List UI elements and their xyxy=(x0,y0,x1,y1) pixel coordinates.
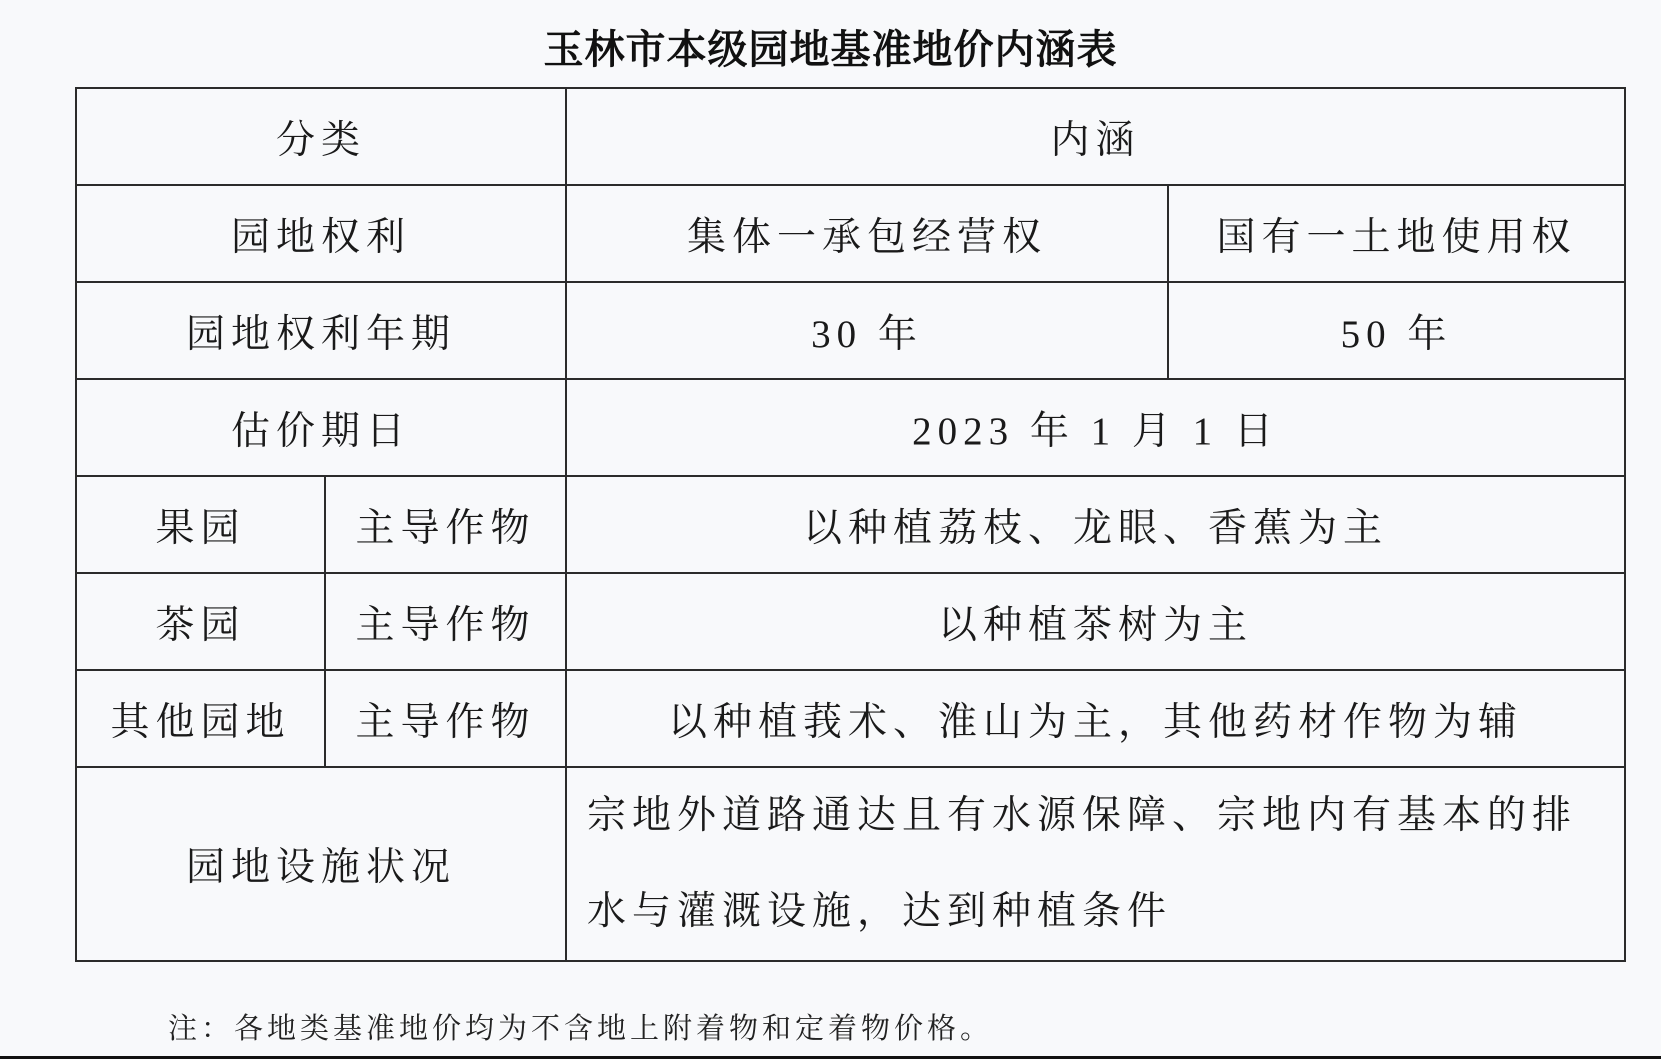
rights-row: 园地权利 集体一承包经营权 国有一土地使用权 xyxy=(76,185,1625,282)
rights-collective: 集体一承包经营权 xyxy=(566,185,1168,282)
facilities-label: 园地设施状况 xyxy=(76,767,566,961)
term-state: 50 年 xyxy=(1168,282,1625,379)
crop-sub-label: 主导作物 xyxy=(325,670,566,767)
crop-sub-label: 主导作物 xyxy=(325,573,566,670)
crop-type: 茶园 xyxy=(76,573,325,670)
footnote: 注：各地类基准地价均为不含地上附着物和定着物价格。 xyxy=(168,1008,993,1048)
table-row: 其他园地 主导作物 以种植莪术、淮山为主，其他药材作物为辅 xyxy=(76,670,1625,767)
header-content: 内涵 xyxy=(566,88,1625,185)
crop-type: 其他园地 xyxy=(76,670,325,767)
valuation-date-value: 2023 年 1 月 1 日 xyxy=(566,379,1625,476)
crop-sub-label: 主导作物 xyxy=(325,476,566,573)
crop-value: 以种植莪术、淮山为主，其他药材作物为辅 xyxy=(566,670,1625,767)
table-row: 茶园 主导作物 以种植茶树为主 xyxy=(76,573,1625,670)
valuation-date-row: 估价期日 2023 年 1 月 1 日 xyxy=(76,379,1625,476)
header-category: 分类 xyxy=(76,88,566,185)
valuation-date-label: 估价期日 xyxy=(76,379,566,476)
header-row: 分类 内涵 xyxy=(76,88,1625,185)
term-label: 园地权利年期 xyxy=(76,282,566,379)
rights-label: 园地权利 xyxy=(76,185,566,282)
facilities-row: 园地设施状况 宗地外道路通达且有水源保障、宗地内有基本的排水与灌溉设施，达到种植… xyxy=(76,767,1625,961)
document-title: 玉林市本级园地基准地价内涵表 xyxy=(0,22,1661,78)
crop-value: 以种植荔枝、龙眼、香蕉为主 xyxy=(566,476,1625,573)
crop-type: 果园 xyxy=(76,476,325,573)
land-price-table: 分类 内涵 园地权利 集体一承包经营权 国有一土地使用权 园地权利年期 30 年… xyxy=(75,87,1626,962)
facilities-value: 宗地外道路通达且有水源保障、宗地内有基本的排水与灌溉设施，达到种植条件 xyxy=(566,767,1625,961)
crop-value: 以种植茶树为主 xyxy=(566,573,1625,670)
term-collective: 30 年 xyxy=(566,282,1168,379)
rights-state: 国有一土地使用权 xyxy=(1168,185,1625,282)
table-row: 果园 主导作物 以种植荔枝、龙眼、香蕉为主 xyxy=(76,476,1625,573)
term-row: 园地权利年期 30 年 50 年 xyxy=(76,282,1625,379)
